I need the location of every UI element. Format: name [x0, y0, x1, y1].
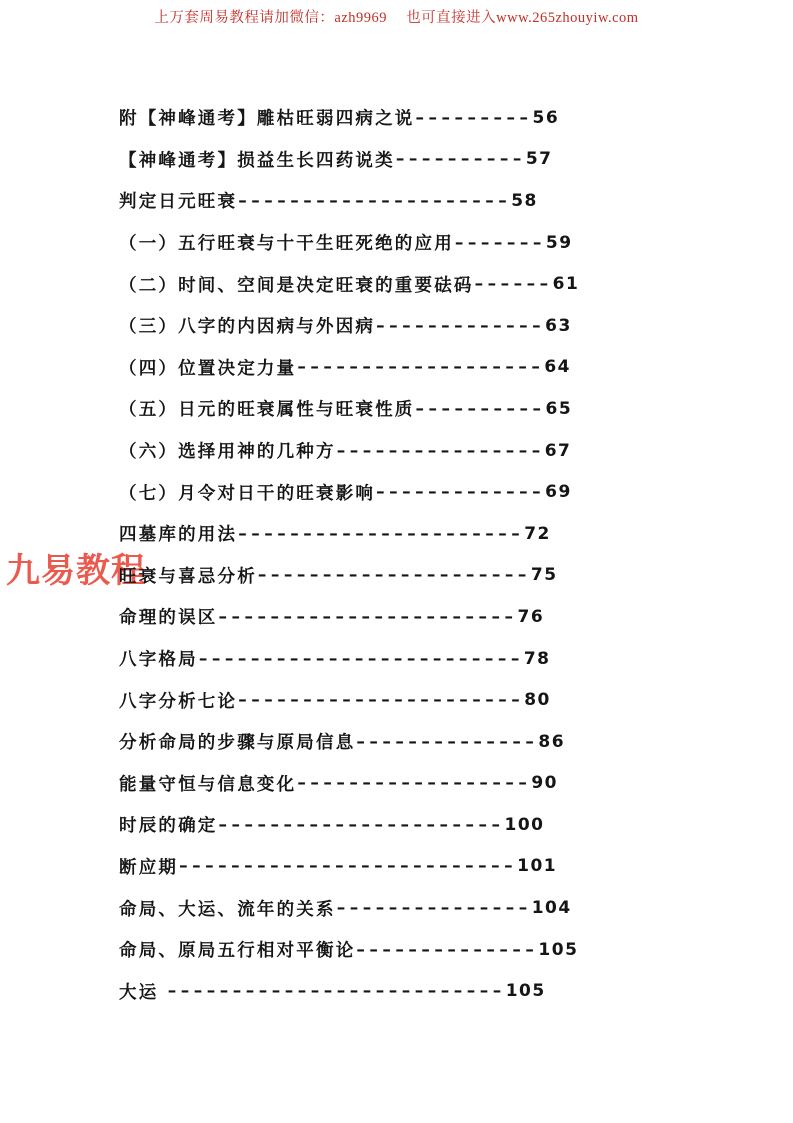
toc-entry-title: 附【神峰通考】雕枯旺弱四病之说 [119, 105, 415, 130]
toc-entry-title: （三）八字的内因病与外因病 [119, 313, 375, 338]
toc-entry-dashes: ––––––– [455, 233, 546, 253]
toc-entry-title: 分析命局的步骤与原局信息 [119, 729, 355, 754]
toc-entry-title: （七）月令对日干的旺衰影响 [119, 480, 375, 505]
toc-entry-dashes: –––––– [475, 274, 553, 294]
toc-entry-page-number: 67 [545, 441, 572, 461]
toc-entry-page-number: 64 [544, 357, 571, 377]
toc-entry-page-number: 80 [524, 690, 551, 710]
toc-entry-title: 断应期 [119, 854, 178, 879]
toc-entry: 断应期 –––––––––––––––––––––––––– 101 [119, 846, 783, 888]
toc-entry-title: 命局、原局五行相对平衡论 [119, 937, 355, 962]
toc-entry-dashes: –––––––––––––––––––––––––– [179, 856, 517, 876]
toc-entry-title: 八字格局 [119, 646, 198, 671]
toc-entry: 八字格局 ––––––––––––––––––––––––– 78 [119, 638, 783, 680]
toc-entry-page-number: 56 [533, 108, 560, 128]
toc-entry-dashes: –––––––––– [416, 399, 546, 419]
toc-entry-dashes: –––––––––––––––––– [297, 773, 531, 793]
toc-entry: 旺衰与喜忌分析 ––––––––––––––––––––– 75 [119, 555, 783, 597]
toc-entry: （二）时间、空间是决定旺衰的重要砝码 –––––– 61 [119, 263, 783, 305]
toc-entry-dashes: ––––––––––––––– [337, 898, 532, 918]
toc-entry-dashes: ––––––––––––––––––––– [258, 565, 531, 585]
toc-entry: 附【神峰通考】雕枯旺弱四病之说 ––––––––– 56 [119, 97, 783, 139]
toc-entry: 时辰的确定 –––––––––––––––––––––– 100 [119, 804, 783, 846]
toc-entry: 判定日元旺衰 ––––––––––––––––––––– 58 [119, 180, 783, 222]
toc-entry-page-number: 61 [553, 274, 580, 294]
toc-entry-dashes: ––––––––––––– [376, 482, 545, 502]
toc-entry-page-number: 105 [538, 940, 578, 960]
toc-entry-dashes: ––––––––––––––––––– [297, 357, 544, 377]
toc-entry-title: 大运 [119, 979, 167, 1004]
promo-header-text: 上万套周易教程请加微信：azh9969 也可直接进入www.265zhouyiw… [0, 6, 793, 27]
toc-entry-page-number: 63 [545, 316, 572, 336]
toc-entry-title: 时辰的确定 [119, 812, 218, 837]
toc-entry-page-number: 100 [505, 815, 545, 835]
toc-entry: 能量守恒与信息变化 –––––––––––––––––– 90 [119, 763, 783, 805]
toc-entry-title: （四）位置决定力量 [119, 355, 296, 380]
toc-entry-page-number: 90 [531, 773, 558, 793]
toc-entry-title: 命局、大运、流年的关系 [119, 896, 336, 921]
toc-entry: 命局、大运、流年的关系 ––––––––––––––– 104 [119, 887, 783, 929]
toc-entry-page-number: 104 [532, 898, 572, 918]
toc-entry: （四）位置决定力量 ––––––––––––––––––– 64 [119, 347, 783, 389]
toc-entry-page-number: 65 [546, 399, 573, 419]
toc-entry: （三）八字的内因病与外因病 ––––––––––––– 63 [119, 305, 783, 347]
toc-entry-title: 判定日元旺衰 [119, 188, 237, 213]
toc-entry: 八字分析七论 –––––––––––––––––––––– 80 [119, 679, 783, 721]
toc-entry-title: 命理的误区 [119, 604, 218, 629]
toc-entry-dashes: –––––––––––––––––––––– [219, 815, 505, 835]
toc-entry: （七）月令对日干的旺衰影响 ––––––––––––– 69 [119, 471, 783, 513]
toc-entry: 命理的误区 ––––––––––––––––––––––– 76 [119, 596, 783, 638]
toc-entry: 命局、原局五行相对平衡论 –––––––––––––– 105 [119, 929, 783, 971]
toc-entry-page-number: 76 [518, 607, 545, 627]
toc-entry: 【神峰通考】损益生长四药说类 –––––––––– 57 [119, 139, 783, 181]
toc-entry-page-number: 69 [545, 482, 572, 502]
toc-entry: （一）五行旺衰与十干生旺死绝的应用 ––––––– 59 [119, 222, 783, 264]
toc-entry-title: （二）时间、空间是决定旺衰的重要砝码 [119, 272, 474, 297]
toc-entry-page-number: 86 [538, 732, 565, 752]
toc-entry-page-number: 72 [524, 524, 551, 544]
toc-entry-title: 旺衰与喜忌分析 [119, 563, 257, 588]
toc-entry-page-number: 57 [526, 149, 553, 169]
toc-entry-dashes: –––––––––––––––––––––– [238, 690, 524, 710]
toc-entry-title: 【神峰通考】损益生长四药说类 [119, 147, 395, 172]
toc-entry: 分析命局的步骤与原局信息 –––––––––––––– 86 [119, 721, 783, 763]
toc-entry-title: （五）日元的旺衰属性与旺衰性质 [119, 396, 415, 421]
toc-entry: 四墓库的用法 –––––––––––––––––––––– 72 [119, 513, 783, 555]
toc-entry-title: 四墓库的用法 [119, 521, 237, 546]
toc-entry-dashes: ––––––––––––––––––––– [238, 191, 511, 211]
toc-entry-dashes: ––––––––––––– [376, 316, 545, 336]
toc-entry-title: （一）五行旺衰与十干生旺死绝的应用 [119, 230, 454, 255]
toc-entry: （五）日元的旺衰属性与旺衰性质 –––––––––– 65 [119, 388, 783, 430]
toc-entry-dashes: –––––––––– [396, 149, 526, 169]
toc-entry-dashes: –––––––––––––––––––––– [238, 524, 524, 544]
toc-entry-dashes: –––––––––––––––––––––––––– [168, 981, 506, 1001]
toc-entry-title: （六）选择用神的几种方 [119, 438, 336, 463]
table-of-contents: 附【神峰通考】雕枯旺弱四病之说 ––––––––– 56 【神峰通考】损益生长四… [119, 97, 783, 1012]
toc-entry-page-number: 78 [524, 649, 551, 669]
toc-entry-dashes: ––––––––––––––––––––––– [219, 607, 518, 627]
toc-entry-dashes: –––––––––––––––– [337, 441, 545, 461]
toc-entry-title: 能量守恒与信息变化 [119, 771, 296, 796]
toc-entry: （六）选择用神的几种方 –––––––––––––––– 67 [119, 430, 783, 472]
toc-entry-dashes: –––––––––––––– [356, 732, 538, 752]
toc-entry-dashes: ––––––––– [416, 108, 533, 128]
toc-entry-page-number: 59 [546, 233, 573, 253]
toc-entry-dashes: ––––––––––––––––––––––––– [199, 649, 524, 669]
toc-entry-dashes: –––––––––––––– [356, 940, 538, 960]
toc-entry-page-number: 101 [517, 856, 557, 876]
toc-entry-page-number: 58 [511, 191, 538, 211]
toc-entry: 大运 –––––––––––––––––––––––––– 105 [119, 970, 783, 1012]
toc-entry-page-number: 105 [506, 981, 546, 1001]
toc-entry-title: 八字分析七论 [119, 688, 237, 713]
toc-entry-page-number: 75 [531, 565, 558, 585]
